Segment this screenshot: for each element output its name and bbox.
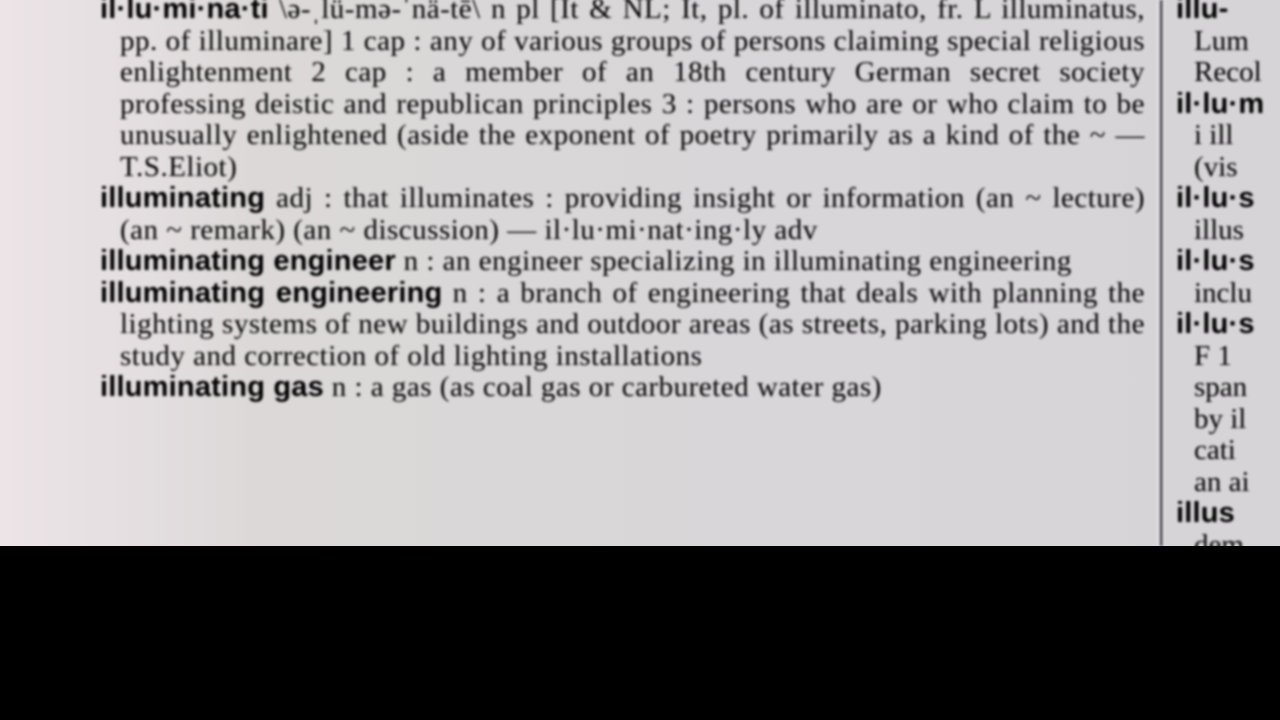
entry-definition: adj : that illuminates : providing insig… bbox=[120, 182, 1145, 246]
dictionary-entry: illuminating engineer n : an engineer sp… bbox=[100, 246, 1145, 278]
entry-text-fragment: an ai bbox=[1176, 467, 1280, 499]
letterbox-bar bbox=[0, 546, 1280, 720]
dictionary-entry: illuminating gas n : a gas (as coal gas … bbox=[100, 372, 1145, 404]
entry-headword-fragment: il·lu·s bbox=[1176, 183, 1280, 215]
entry-text-fragment: inclu bbox=[1176, 278, 1280, 310]
entry-text-fragment: Recol bbox=[1176, 57, 1280, 89]
dictionary-entry: illuminating engineering n : a branch of… bbox=[100, 278, 1145, 373]
entry-headword: illuminating gas bbox=[100, 371, 324, 403]
entry-text-fragment: dem bbox=[1176, 530, 1280, 547]
main-column: il·lu·mi·na·ti \ə-ˌlü-mə-ˈnä-tē\ n pl [I… bbox=[100, 0, 1145, 404]
entry-text-fragment: i ill bbox=[1176, 120, 1280, 152]
entry-headword-fragment: illus bbox=[1176, 498, 1280, 530]
entry-headword: illuminating engineering bbox=[100, 277, 442, 309]
entry-text-fragment: cati bbox=[1176, 435, 1280, 467]
entry-text-fragment: by il bbox=[1176, 404, 1280, 436]
dictionary-page: il·lu·mi·na·ti \ə-ˌlü-mə-ˈnä-tē\ n pl [I… bbox=[0, 0, 1280, 546]
entry-headword-fragment: il·lu·m bbox=[1176, 89, 1280, 121]
entry-headword-fragment: illu- bbox=[1176, 0, 1280, 26]
entry-definition: n : a gas (as coal gas or carbureted wat… bbox=[332, 371, 882, 403]
dictionary-entry: illuminating adj : that illuminates : pr… bbox=[100, 183, 1145, 246]
entry-text-fragment: (vis bbox=[1176, 152, 1280, 184]
entry-text-fragment: illus bbox=[1176, 215, 1280, 247]
dictionary-entry: il·lu·mi·na·ti \ə-ˌlü-mə-ˈnä-tē\ n pl [I… bbox=[100, 0, 1145, 183]
entry-headword-fragment: il·lu·s bbox=[1176, 309, 1280, 341]
entry-definition: n : an engineer specializing in illumina… bbox=[404, 245, 1072, 277]
entry-text-fragment: F 1 bbox=[1176, 341, 1280, 373]
entry-headword: il·lu·mi·na·ti bbox=[100, 0, 269, 25]
entry-text-fragment: Lum bbox=[1176, 26, 1280, 58]
entry-text-fragment: span bbox=[1176, 372, 1280, 404]
video-frame: il·lu·mi·na·ti \ə-ˌlü-mə-ˈnä-tē\ n pl [I… bbox=[0, 0, 1280, 720]
column-divider bbox=[1158, 0, 1164, 546]
entry-definition: \ə-ˌlü-mə-ˈnä-tē\ n pl [It & NL; It, pl.… bbox=[120, 0, 1145, 183]
right-column: illu-LumRecolil·lu·mi ill(visil·lu·sillu… bbox=[1176, 0, 1280, 546]
entry-headword: illuminating bbox=[100, 182, 265, 214]
entry-headword-fragment: il·lu·s bbox=[1176, 246, 1280, 278]
entry-headword: illuminating engineer bbox=[100, 245, 396, 277]
page-text-layer: il·lu·mi·na·ti \ə-ˌlü-mə-ˈnä-tē\ n pl [I… bbox=[0, 0, 1280, 546]
